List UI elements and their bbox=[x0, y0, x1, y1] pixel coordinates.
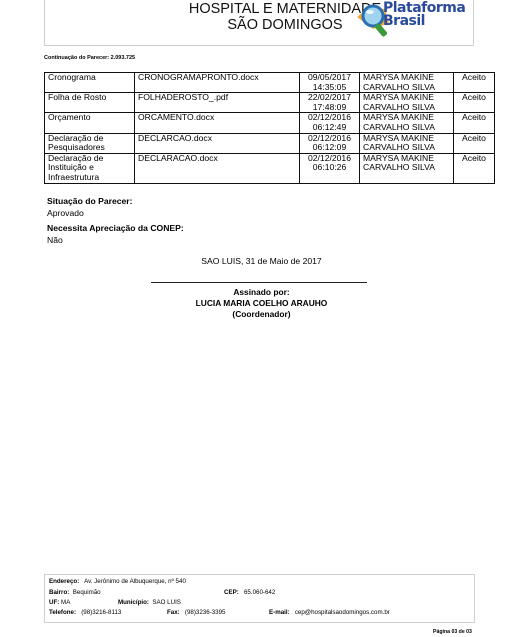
documents-table: CronogramaCRONOGRAMAPRONTO.docx09/05/201… bbox=[44, 72, 495, 184]
place-date: SAO LUIS, 31 de Maio de 2017 bbox=[0, 256, 523, 266]
document-file: DECLARACAO.docx bbox=[135, 153, 300, 183]
document-author: MARYSA MAKINECARVALHO SILVA bbox=[360, 153, 454, 183]
situacao-value: Aprovado bbox=[47, 208, 84, 218]
document-status: Aceito bbox=[454, 93, 495, 113]
document-datetime: 02/12/201606:12:49 bbox=[300, 113, 360, 133]
document-author: MARYSA MAKINECARVALHO SILVA bbox=[360, 73, 454, 93]
address-footer: Endereço: Av. Jerônimo de Albuquerque, n… bbox=[44, 574, 475, 623]
document-file: CRONOGRAMAPRONTO.docx bbox=[135, 73, 300, 93]
document-datetime: 02/12/201606:10:26 bbox=[300, 153, 360, 183]
uf-row: UF: MA bbox=[49, 599, 70, 606]
signer-role: (Coordenador) bbox=[0, 309, 523, 319]
telefone-row: Telefone: (98)3216-8113 bbox=[49, 609, 121, 616]
email-row: E-mail: cep@hospitalsaodomingos.com.br bbox=[269, 609, 390, 616]
cep-row: CEP: 65.060-642 bbox=[224, 589, 275, 596]
logo-text: Plataforma Brasil bbox=[383, 2, 465, 28]
bairro-row: Bairro: Bequimão bbox=[49, 589, 101, 596]
document-author: MARYSA MAKINECARVALHO SILVA bbox=[360, 113, 454, 133]
document-file: FOLHADEROSTO_.pdf bbox=[135, 93, 300, 113]
document-file: ORCAMENTO.docx bbox=[135, 113, 300, 133]
table-row: Folha de RostoFOLHADEROSTO_.pdf22/02/201… bbox=[45, 93, 495, 113]
document-author: MARYSA MAKINECARVALHO SILVA bbox=[360, 93, 454, 113]
document-type: Declaração de Pesquisadores bbox=[45, 133, 135, 153]
table-row: OrçamentoORCAMENTO.docx02/12/201606:12:4… bbox=[45, 113, 495, 133]
table-row: Declaração de PesquisadoresDECLARCAO.doc… bbox=[45, 133, 495, 153]
fax-row: Fax: (98)3236-3395 bbox=[167, 609, 226, 616]
document-datetime: 09/05/201714:35:05 bbox=[300, 73, 360, 93]
document-type: Folha de Rosto bbox=[45, 93, 135, 113]
signature-line bbox=[151, 282, 367, 283]
document-header: HOSPITAL E MATERNIDADE SÃO DOMINGOS Plat… bbox=[44, 0, 474, 46]
conep-label: Necessita Apreciação da CONEP: bbox=[47, 223, 184, 233]
document-author: MARYSA MAKINECARVALHO SILVA bbox=[360, 133, 454, 153]
continuation-label: Continuação do Parecer: 2.093.725 bbox=[44, 55, 135, 61]
document-status: Aceito bbox=[454, 113, 495, 133]
document-file: DECLARCAO.docx bbox=[135, 133, 300, 153]
signer-name: LUCIA MARIA COELHO ARAUHO bbox=[0, 298, 523, 308]
table-row: CronogramaCRONOGRAMAPRONTO.docx09/05/201… bbox=[45, 73, 495, 93]
situacao-label: Situação do Parecer: bbox=[47, 196, 133, 206]
document-type: Declaração de Instituição e Infraestrutu… bbox=[45, 153, 135, 183]
address-row: Endereço: Av. Jerônimo de Albuquerque, n… bbox=[49, 578, 186, 585]
document-datetime: 22/02/201717:48:09 bbox=[300, 93, 360, 113]
document-datetime: 02/12/201606:12:09 bbox=[300, 133, 360, 153]
plataforma-brasil-logo: Plataforma Brasil bbox=[355, 1, 475, 39]
document-status: Aceito bbox=[454, 133, 495, 153]
table-row: Declaração de Instituição e Infraestrutu… bbox=[45, 153, 495, 183]
document-status: Aceito bbox=[454, 153, 495, 183]
document-status: Aceito bbox=[454, 73, 495, 93]
document-type: Cronograma bbox=[45, 73, 135, 93]
municipio-row: Município: SAO LUIS bbox=[118, 599, 181, 606]
page-number: Página 03 de 03 bbox=[433, 629, 472, 635]
document-type: Orçamento bbox=[45, 113, 135, 133]
conep-value: Não bbox=[47, 235, 63, 245]
signature-label: Assinado por: bbox=[0, 287, 523, 297]
